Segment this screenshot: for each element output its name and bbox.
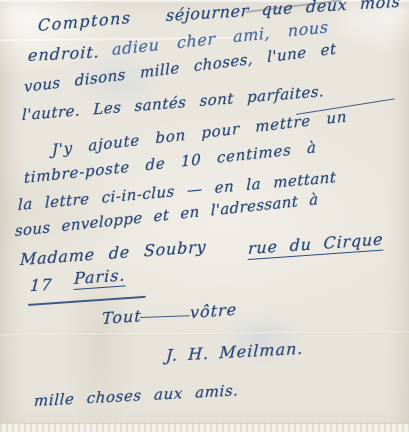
- letter-photo: Comptons séjourner que deux mois endroit…: [0, 0, 409, 432]
- closing-word: vôtre: [190, 302, 238, 321]
- letter-line-number: 17: [29, 277, 52, 294]
- letter-line-city-underlined: Paris.: [74, 267, 126, 290]
- underline-flourish: [28, 296, 146, 306]
- letter-line-street-underlined: rue du Cirque: [248, 231, 384, 260]
- letter-line-address: Madame de Soubry: [20, 239, 207, 268]
- letter-line: séjourner que deux mois: [166, 0, 401, 24]
- paper-fold-line: [0, 332, 409, 337]
- closing-word: Tout: [102, 308, 142, 327]
- postscript: mille choses aux amis.: [34, 383, 239, 409]
- signature: J. H. Meilman.: [166, 341, 304, 364]
- letter-line: endroit.: [28, 44, 101, 64]
- paper-bottom-edge: [0, 423, 409, 432]
- letter-line: Comptons: [38, 10, 132, 34]
- closing-flourish: [140, 315, 190, 318]
